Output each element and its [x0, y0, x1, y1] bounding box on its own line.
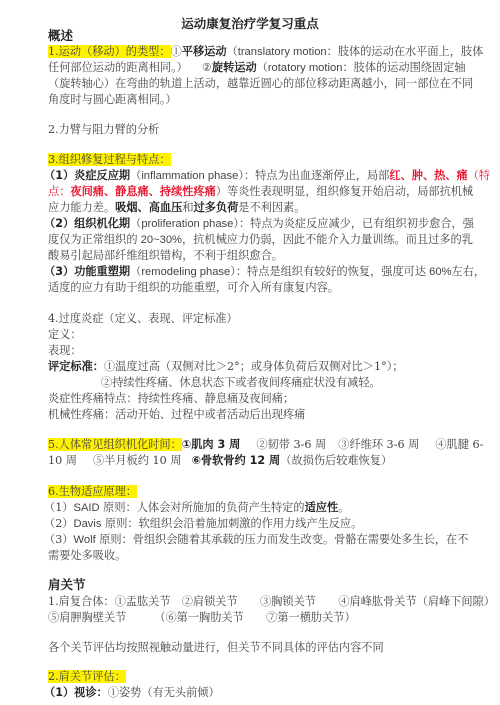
- red-emphasis: 夜间痛、静息痛、持续性疼痛: [70, 185, 215, 198]
- term-translatory: 平移运动: [182, 45, 227, 58]
- phase-term: 功能重塑期: [74, 265, 130, 278]
- shoulder-assessment-label: 2.肩关节评估：: [48, 670, 126, 683]
- item-1-label: 1.运动（移动）的类型：: [48, 45, 171, 58]
- english-term: （rotatory motion：: [257, 62, 354, 74]
- text: ①姿势（有无头前倾）: [108, 686, 220, 699]
- item-3-label: 3.组织修复过程与特点：: [48, 153, 171, 166]
- phase-number: （3）: [44, 265, 74, 278]
- tissue-time: ⑥骨软骨约 12 周: [191, 454, 280, 467]
- text: 原则：软组织会沿着施加刺激的作用力线产生反应。: [101, 517, 362, 530]
- text: 原则：人体会对所施加的负荷产生特定的: [100, 501, 305, 514]
- bold-term: 适应性: [305, 501, 339, 514]
- english-term: （inflammation phase）：: [130, 170, 255, 182]
- number: （1）: [44, 501, 74, 514]
- text: 特点是组织有较好的恢复，强度可达: [247, 265, 426, 278]
- item-2-label: 2.力臂与阻力臂的分析: [48, 122, 159, 138]
- shoulder-assessment-line: 2.肩关节评估：: [48, 669, 126, 685]
- red-text: （特: [468, 169, 490, 182]
- item-5-line-2: 10 周⑤半月板约 10 周⑥骨软骨约 12 周（故损伤后较难恢复）: [48, 453, 392, 469]
- text: ）等炎性表现明显，组织修复开始启动，局部抗机械: [216, 185, 473, 198]
- phase-number: （2）: [44, 217, 74, 230]
- number: （3）: [44, 533, 74, 546]
- red-text: 点：: [48, 185, 70, 198]
- phase-2-line-1: （2）组织机化期（proliferation phase）：特点为炎症反应减少，…: [44, 216, 474, 232]
- item-6-line: 6.生物适应原理：: [48, 484, 137, 500]
- text: 是不利因素。: [238, 201, 305, 214]
- inflammatory-pain: 炎症性疼痛特点：持续性疼痛、静息痛及夜间痛；: [48, 391, 294, 407]
- wolf-principle: （3）Wolf 原则：骨组织会随着其承载的压力而发生改变。骨骼在需要处多生长，在…: [44, 532, 468, 548]
- criteria-1: ①温度过高（双侧对比＞2°；或身体负荷后双侧对比＞1°）；: [104, 360, 404, 373]
- item-1-line-1: 1.运动（移动）的类型：①平移运动（translatory motion：肢体的…: [48, 44, 483, 60]
- phase-1-line-3: 应力能力差。吸烟、高血压和过多负荷是不利因素。: [48, 200, 305, 216]
- text: 应力能力差。: [48, 201, 115, 214]
- page-title: 运动康复治疗学复习重点: [0, 14, 500, 32]
- phase-1-line-2: 点：夜间痛、静息痛、持续性疼痛）等炎性表现明显，组织修复开始启动，局部抗机械: [48, 184, 473, 200]
- text: 。: [338, 501, 349, 514]
- section-heading-shoulder: 肩关节: [48, 577, 86, 593]
- tissue-time: ⑤半月板约 10 周: [93, 454, 181, 467]
- bold-term: 过多负荷: [194, 201, 239, 214]
- text: 肢体的运动在水平面上，肢体: [338, 45, 483, 58]
- phase-3-line-1: （3）功能重塑期（remodeling phase）：特点是组织有较好的恢复，强…: [44, 264, 485, 280]
- tissue-time: ④肌腱 6-: [435, 438, 483, 451]
- said-principle: （1）SAID 原则：人体会对所施加的负荷产生特定的适应性。: [44, 500, 349, 516]
- mechanical-pain: 机械性疼痛：活动开始、过程中或者活动后出现疼痛: [48, 407, 305, 423]
- phase-term: 组织机化期: [74, 217, 130, 230]
- criteria-label: 评定标准：: [48, 360, 104, 373]
- text: 特点为出血逐渐停止，局部: [255, 169, 389, 182]
- english-term: （translatory motion：: [227, 46, 338, 58]
- text: 特点为炎症反应减少，已有组织初步愈合，强: [250, 217, 474, 230]
- text: 和: [182, 201, 193, 214]
- bold-term: 吸烟: [115, 201, 137, 214]
- item-3-line: 3.组织修复过程与特点：: [48, 152, 171, 168]
- text: 肢体的运动围绕固定轴: [354, 61, 466, 74]
- tissue-time: ②韧带 3-6 周: [256, 438, 326, 451]
- note: （故损伤后较难恢复）: [280, 454, 392, 467]
- bold-term: 高血压: [149, 201, 183, 214]
- phase-number: （1）: [44, 169, 74, 182]
- tissue-time: ①肌肉 3 周: [182, 438, 241, 451]
- phase-3-line-2: 适度的应力有助于组织的功能重塑，可介入所有康复内容。: [48, 280, 339, 296]
- item-4-label: 4.过度炎症（定义、表现、评定标准）: [48, 311, 238, 327]
- item-5-line-1: 5.人体常见组织机化时间：①肌肉 3 周②韧带 3-6 周③纤维环 3-6 周④…: [48, 437, 483, 453]
- term-rotatory: 旋转运动: [212, 61, 257, 74]
- principle-name: Davis: [74, 518, 102, 530]
- percent: 20~30%: [138, 234, 182, 246]
- item-5-label: 5.人体常见组织机化时间：: [48, 438, 182, 451]
- phase-1-line-1: （1）炎症反应期（inflammation phase）：特点为出血逐渐停止，局…: [44, 168, 490, 184]
- principle-name: SAID: [74, 502, 100, 514]
- item-6-label: 6.生物适应原理：: [48, 485, 137, 498]
- text: ，抗机械应力仍弱，因此不能介入力量训练。而且过多的乳: [182, 233, 473, 246]
- item-1-line-4: 角度时与圆心距离相同。）: [48, 92, 177, 108]
- wolf-principle-line-2: 需要处多吸收。: [48, 548, 126, 564]
- tissue-time: ③纤维环 3-6 周: [338, 438, 419, 451]
- shoulder-complex-line-1: 1.肩复合体：①盂肱关节 ②肩锁关节 ③胸锁关节 ④肩峰肱骨关节（肩峰下间隙）: [48, 594, 495, 610]
- principle-name: Wolf: [74, 534, 96, 546]
- shoulder-complex-line-2: ⑤肩胛胸壁关节 （⑥第一胸肋关节 ⑦第一横肋关节）: [48, 610, 356, 626]
- number: （1）: [44, 686, 74, 699]
- document-page: 运动康复治疗学复习重点 概述 1.运动（移动）的类型：①平移运动（transla…: [0, 0, 500, 705]
- definition-label: 定义：: [48, 327, 82, 343]
- percent: 60%: [426, 266, 452, 278]
- manifestation-label: 表现：: [48, 343, 82, 359]
- english-term: （remodeling phase）：: [130, 266, 247, 278]
- davis-principle: （2）Davis 原则：软组织会沿着施加刺激的作用力线产生反应。: [44, 516, 362, 532]
- inspection-term: 视诊：: [74, 686, 108, 699]
- criteria-line-2: ②持续性疼痛、休息状态下或者夜间疼痛症状没有减轻。: [101, 375, 381, 391]
- inspection-line: （1）视诊：①姿势（有无头前倾）: [44, 685, 220, 701]
- circled-number: ①: [171, 45, 182, 58]
- text: 度仅为正常组织的: [48, 233, 138, 246]
- phase-term: 炎症反应期: [74, 169, 130, 182]
- tissue-time: 10 周: [48, 454, 77, 467]
- text: 任何部位运动的距离相同。）: [48, 61, 188, 74]
- phase-2-line-3: 酸易引起局部纤维组织错构，不利于组织愈合。: [48, 248, 283, 264]
- english-term: （proliferation phase）：: [130, 218, 250, 230]
- phase-2-line-2: 度仅为正常组织的 20~30%，抗机械应力仍弱，因此不能介入力量训练。而且过多的…: [48, 232, 473, 248]
- number: （2）: [44, 517, 74, 530]
- item-1-line-3: （旋转轴心）在弯曲的轨道上活动，越靠近圆心的部位移动距离越小，同一部位在不同: [48, 76, 473, 92]
- criteria-line-1: 评定标准：①温度过高（双侧对比＞2°；或身体负荷后双侧对比＞1°）；: [48, 359, 403, 375]
- separator: 、: [138, 201, 149, 214]
- red-emphasis: 红、肿、热、痛: [389, 169, 467, 182]
- section-heading-overview: 概述: [48, 28, 73, 44]
- assessment-note: 各个关节评估均按照视触动量进行，但关节不同具体的评估内容不同: [48, 640, 384, 656]
- text: 原则：骨组织会随着其承载的压力而发生改变。骨骼在需要处多生长，在不: [96, 533, 469, 546]
- circled-number: ②: [202, 61, 212, 74]
- text: 左右，: [452, 265, 486, 278]
- item-1-line-2: 任何部位运动的距离相同。）②旋转运动（rotatory motion：肢体的运动…: [48, 60, 466, 76]
